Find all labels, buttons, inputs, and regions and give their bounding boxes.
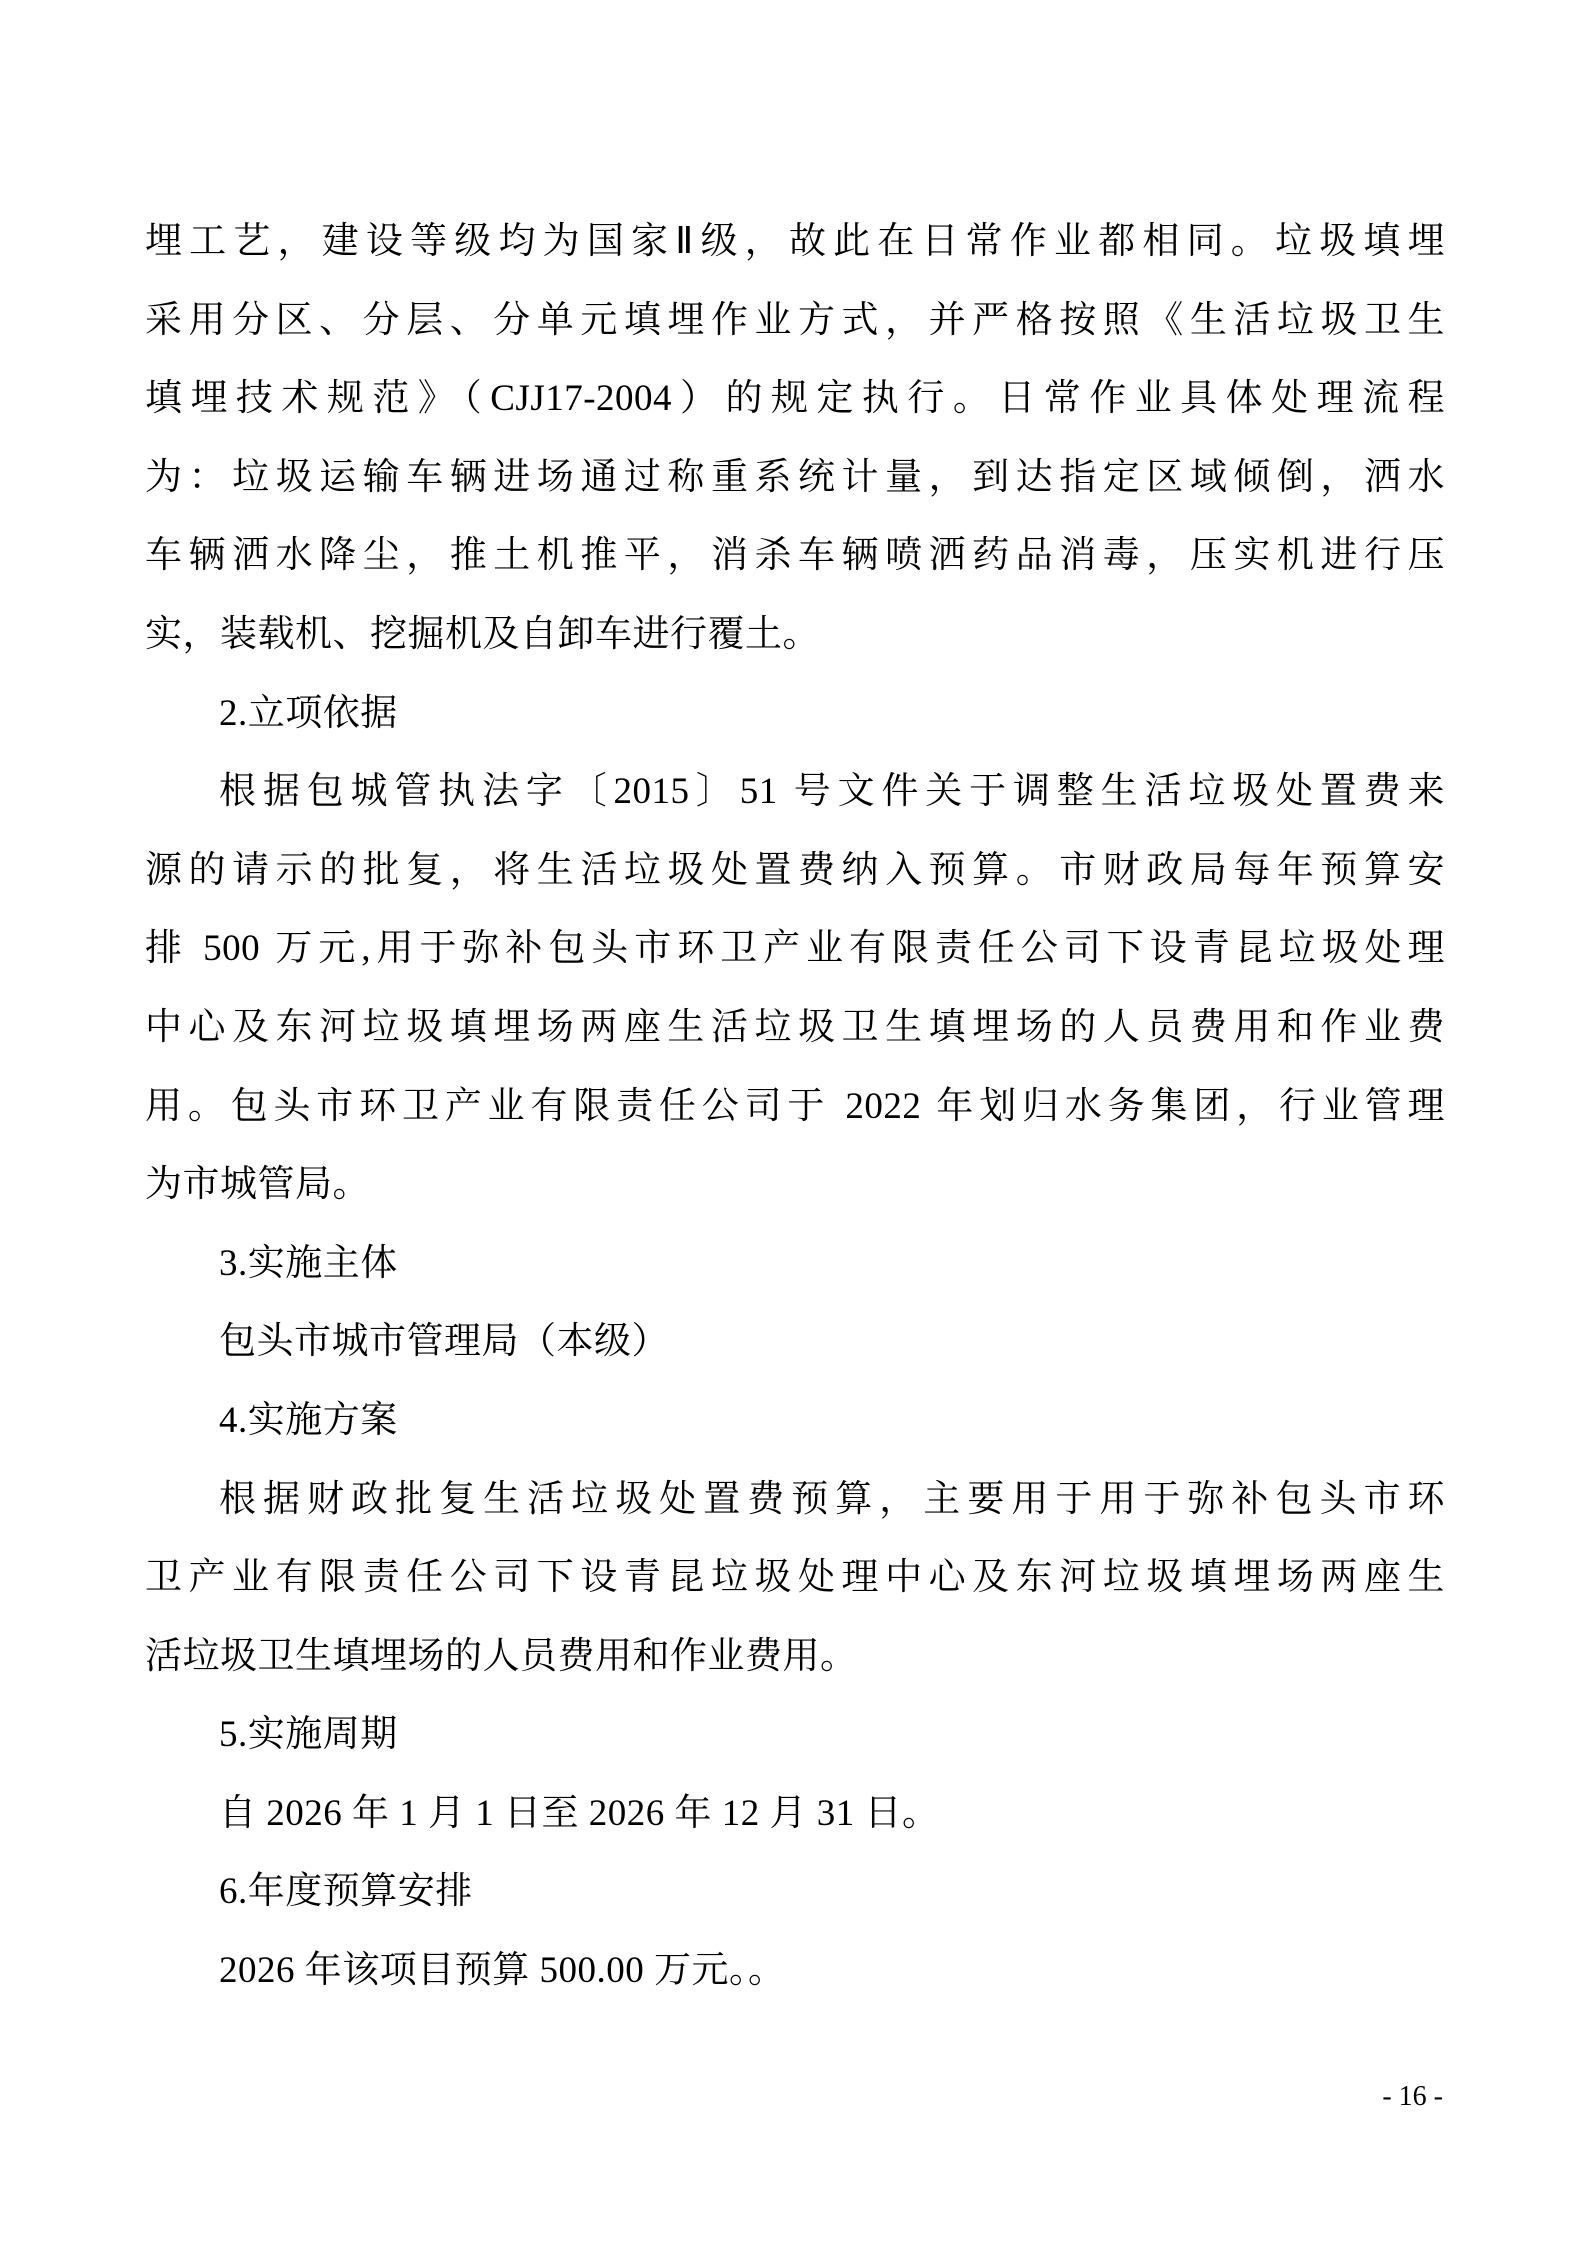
text-line: 为：垃圾运输车辆进场通过称重系统计量，到达指定区域倾倒，洒水 (145, 439, 1445, 518)
text-line: 用。包头市环卫产业有限责任公司于 2022 年划归水务集团，行业管理 (145, 1068, 1445, 1147)
text-line: 为市城管局。 (145, 1146, 1445, 1225)
text-line: 采用分区、分层、分单元填埋作业方式，并严格按照《生活垃圾卫生 (145, 282, 1445, 361)
document-body: 埋工艺，建设等级均为国家Ⅱ级，故此在日常作业都相同。垃圾填埋采用分区、分层、分单… (145, 203, 1445, 2011)
text-line: 5.实施周期 (145, 1696, 1445, 1775)
text-line: 4.实施方案 (145, 1382, 1445, 1461)
text-line: 车辆洒水降尘，推土机推平，消杀车辆喷洒药品消毒，压实机进行压 (145, 517, 1445, 596)
text-line: 卫产业有限责任公司下设青昆垃圾处理中心及东河垃圾填埋场两座生 (145, 1539, 1445, 1618)
text-line: 埋工艺，建设等级均为国家Ⅱ级，故此在日常作业都相同。垃圾填埋 (145, 203, 1445, 282)
page-number: - 16 - (0, 2080, 1443, 2114)
text-line: 根据财政批复生活垃圾处置费预算，主要用于用于弥补包头市环 (145, 1461, 1445, 1540)
text-line: 包头市城市管理局（本级） (145, 1303, 1445, 1382)
text-line: 活垃圾卫生填埋场的人员费用和作业费用。 (145, 1618, 1445, 1697)
document-page: 埋工艺，建设等级均为国家Ⅱ级，故此在日常作业都相同。垃圾填埋采用分区、分层、分单… (0, 0, 1588, 2245)
text-line: 自 2026 年 1 月 1 日至 2026 年 12 月 31 日。 (145, 1775, 1445, 1854)
text-line: 2.立项依据 (145, 675, 1445, 754)
text-line: 2026 年该项目预算 500.00 万元。。 (145, 1932, 1445, 2011)
text-line: 根据包城管执法字〔2015〕51 号文件关于调整生活垃圾处置费来 (145, 753, 1445, 832)
text-line: 中心及东河垃圾填埋场两座生活垃圾卫生填埋场的人员费用和作业费 (145, 989, 1445, 1068)
text-line: 填埋技术规范》（CJJ17-2004）的规定执行。日常作业具体处理流程 (145, 360, 1445, 439)
text-line: 源的请示的批复，将生活垃圾处置费纳入预算。市财政局每年预算安 (145, 832, 1445, 911)
text-line: 3.实施主体 (145, 1225, 1445, 1304)
text-line: 6.年度预算安排 (145, 1853, 1445, 1932)
text-line: 实，装载机、挖掘机及自卸车进行覆土。 (145, 596, 1445, 675)
text-line: 排 500 万元,用于弥补包头市环卫产业有限责任公司下设青昆垃圾处理 (145, 910, 1445, 989)
